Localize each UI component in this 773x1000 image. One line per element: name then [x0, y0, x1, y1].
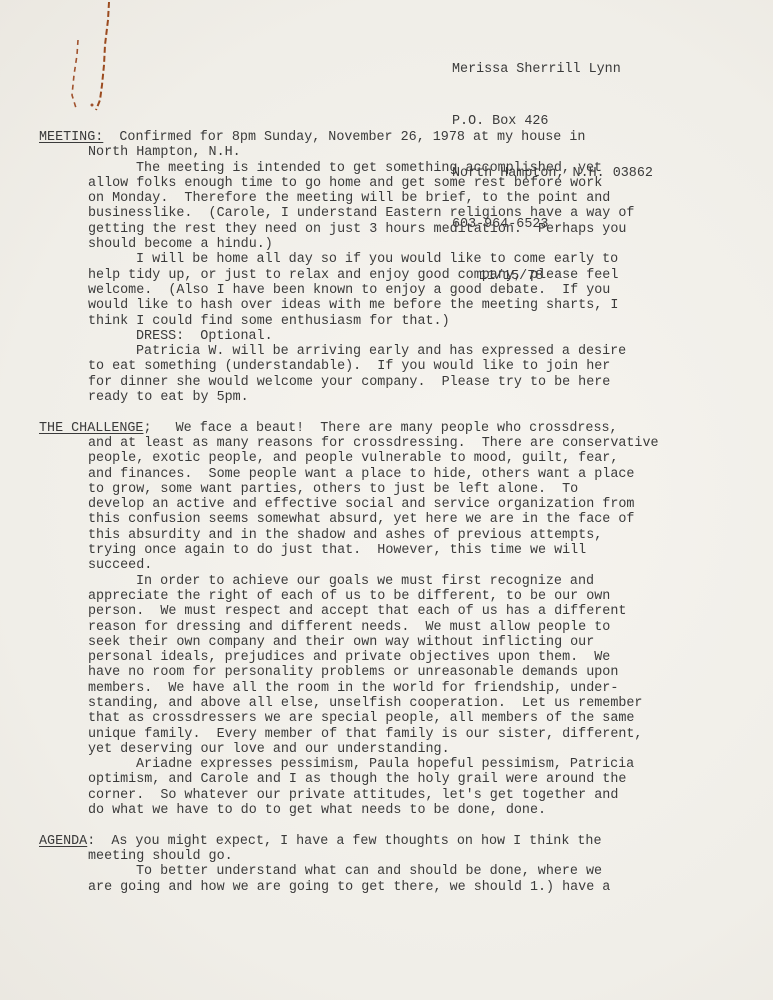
text-line: In order to achieve our goals we must fi… [39, 574, 759, 589]
text-line: allow folks enough time to go home and g… [39, 176, 759, 191]
text-line: on Monday. Therefore the meeting will be… [39, 191, 759, 206]
letter-body: MEETING: Confirmed for 8pm Sunday, Novem… [39, 130, 759, 895]
sender-po-box: P.O. Box 426 [452, 113, 653, 130]
sender-name: Merissa Sherrill Lynn [452, 61, 653, 78]
text-line: To better understand what can and should… [39, 864, 759, 879]
text-line: appreciate the right of each of us to be… [39, 589, 759, 604]
text-line: ready to eat by 5pm. [39, 390, 759, 405]
text-line: develop an active and effective social a… [39, 497, 759, 512]
text-line: personal ideals, prejudices and private … [39, 650, 759, 665]
text-line: The meeting is intended to get something… [39, 161, 759, 176]
text-line: and finances. Some people want a place t… [39, 467, 759, 482]
text-line: I will be home all day so if you would l… [39, 252, 759, 267]
text-line: Patricia W. will be arriving early and h… [39, 344, 759, 359]
text-line: unique family. Every member of that fami… [39, 727, 759, 742]
text-line: do what we have to do to get what needs … [39, 803, 759, 818]
text-line: should become a hindu.) [39, 237, 759, 252]
text-line: Ariadne expresses pessimism, Paula hopef… [39, 757, 759, 772]
text-line: businesslike. (Carole, I understand East… [39, 206, 759, 221]
text-line: are going and how we are going to get th… [39, 880, 759, 895]
text-line: getting the rest they need on just 3 hou… [39, 222, 759, 237]
section-heading: THE CHALLENGE [39, 421, 143, 436]
text-line: reason for dressing and different needs.… [39, 620, 759, 635]
text-line: this absurdity and in the shadow and ash… [39, 528, 759, 543]
text-line: for dinner she would welcome your compan… [39, 375, 759, 390]
rust-staple-mark [64, 0, 114, 115]
text-line: to grow, some want parties, others to ju… [39, 482, 759, 497]
text-line: help tidy up, or just to relax and enjoy… [39, 268, 759, 283]
text-line: people, exotic people, and people vulner… [39, 451, 759, 466]
text-line: have no room for personality problems or… [39, 665, 759, 680]
text-line: welcome. (Also I have been known to enjo… [39, 283, 759, 298]
text-line: optimism, and Carole and I as though the… [39, 772, 759, 787]
text-line: person. We must respect and accept that … [39, 604, 759, 619]
text-line: yet deserving our love and our understan… [39, 742, 759, 757]
text-line: would like to hash over ideas with me be… [39, 298, 759, 313]
section-agenda: AGENDA: As you might expect, I have a fe… [39, 834, 759, 895]
section-first-line: AGENDA: As you might expect, I have a fe… [39, 834, 759, 849]
text-line: succeed. [39, 558, 759, 573]
text-line: standing, and above all else, unselfish … [39, 696, 759, 711]
section-heading: MEETING: [39, 130, 103, 145]
text-line: corner. So whatever our private attitude… [39, 788, 759, 803]
spacer [39, 405, 759, 420]
text-line: North Hampton, N.H. [39, 145, 759, 160]
text-line: seek their own company and their own way… [39, 635, 759, 650]
text-line: that as crossdressers we are special peo… [39, 711, 759, 726]
text-line: this confusion seems somewhat absurd, ye… [39, 512, 759, 527]
text-line: to eat something (understandable). If yo… [39, 359, 759, 374]
text-line: members. We have all the room in the wor… [39, 681, 759, 696]
section-first-line: THE CHALLENGE; We face a beaut! There ar… [39, 421, 759, 436]
text-line: think I could find some enthusiasm for t… [39, 314, 759, 329]
text-line: trying once again to do just that. Howev… [39, 543, 759, 558]
section-heading: AGENDA [39, 834, 87, 849]
text-line: meeting should go. [39, 849, 759, 864]
text-line: and at least as many reasons for crossdr… [39, 436, 759, 451]
text-line: DRESS: Optional. [39, 329, 759, 344]
section-the-challenge: THE CHALLENGE; We face a beaut! There ar… [39, 421, 759, 819]
spacer [39, 818, 759, 833]
section-meeting: MEETING: Confirmed for 8pm Sunday, Novem… [39, 130, 759, 405]
paper-page: Merissa Sherrill Lynn P.O. Box 426 North… [0, 0, 773, 1000]
section-first-line: MEETING: Confirmed for 8pm Sunday, Novem… [39, 130, 759, 145]
